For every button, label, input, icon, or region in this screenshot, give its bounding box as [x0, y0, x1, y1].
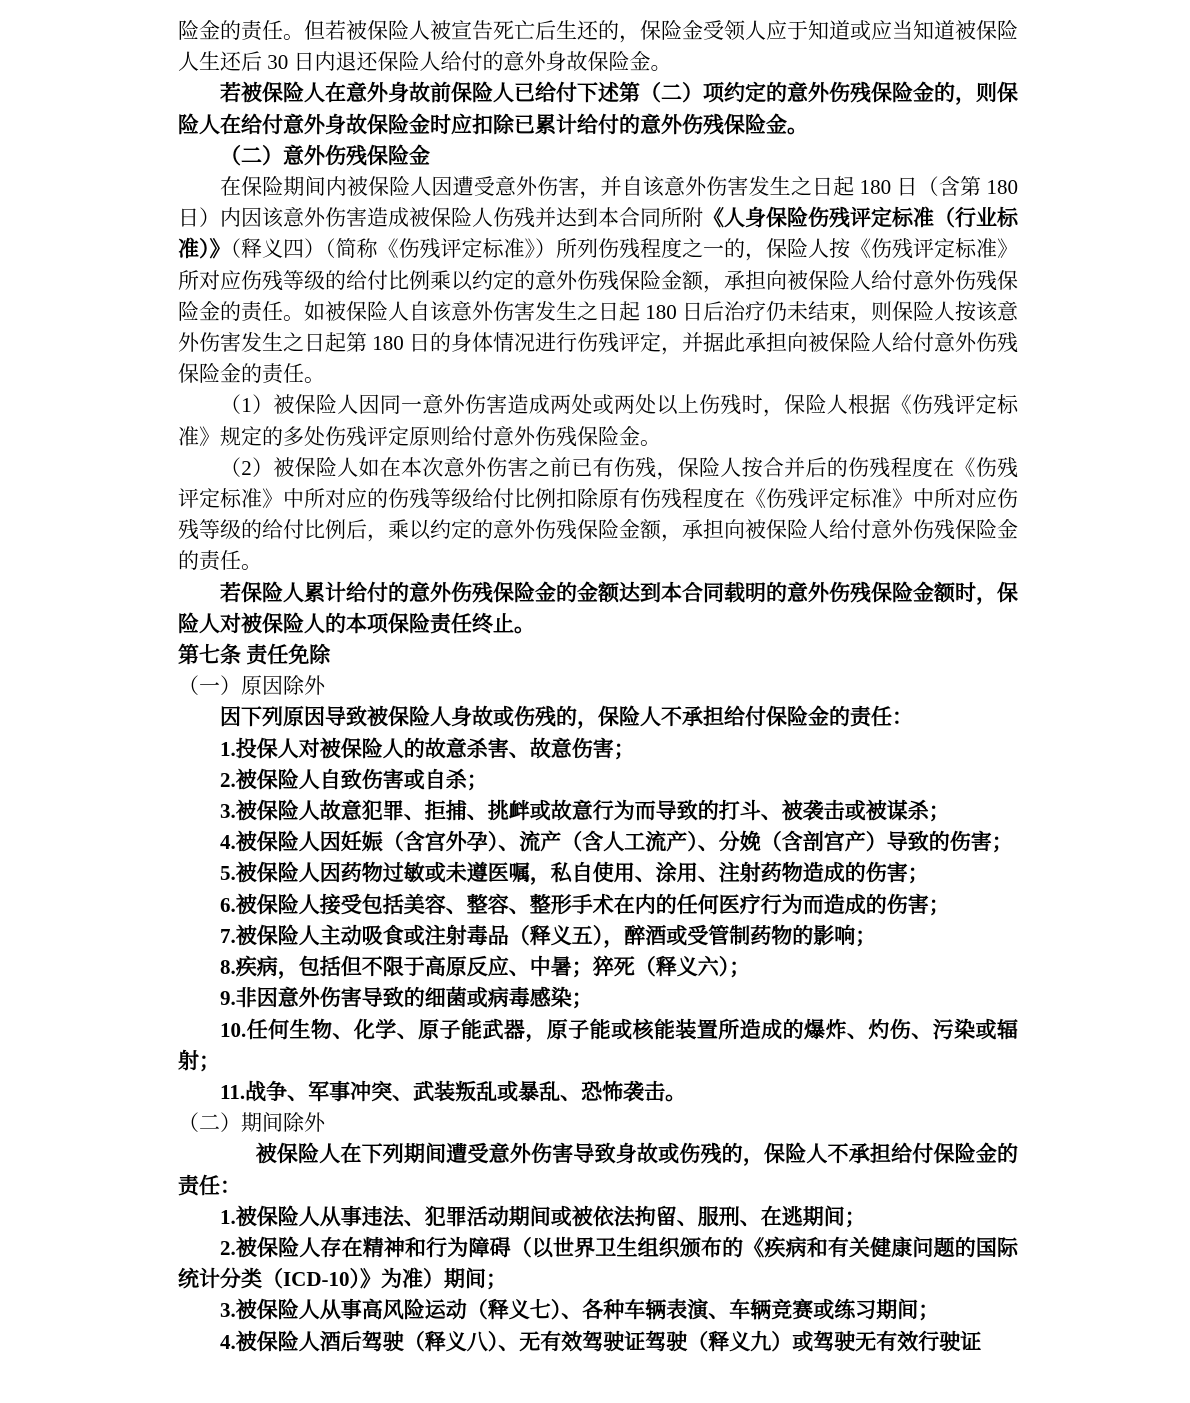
- bold-text-run: 7.被保险人主动吸食或注射毒品（释义五），醉酒或受管制药物的影响；: [220, 924, 876, 948]
- bold-text-run: 1.投保人对被保险人的故意杀害、故意伤害；: [220, 737, 635, 761]
- paragraph: 6.被保险人接受包括美容、整容、整形手术在内的任何医疗行为而造成的伤害；: [178, 890, 1018, 921]
- paragraph: 1.投保人对被保险人的故意杀害、故意伤害；: [178, 734, 1018, 765]
- bold-text-run: 3.被保险人故意犯罪、拒捕、挑衅或故意行为而导致的打斗、被袭击或被谋杀；: [220, 799, 950, 823]
- paragraph: 9.非因意外伤害导致的细菌或病毒感染；: [178, 983, 1018, 1014]
- text-run: （释义四）（简称《伤残评定标准》）所列伤残程度之一的，保险人按《伤残评定标准》所…: [178, 237, 1018, 386]
- bold-text-run: 2.被保险人自致伤害或自杀；: [220, 768, 488, 792]
- bold-text-run: 3.被保险人从事高风险运动（释义七）、各种车辆表演、车辆竞赛或练习期间；: [220, 1298, 939, 1322]
- bold-text-run: （二）意外伤残保险金: [220, 144, 430, 168]
- bold-text-run: 1.被保险人从事违法、犯罪活动期间或被依法拘留、服刑、在逃期间；: [220, 1205, 866, 1229]
- paragraph: 4.被保险人酒后驾驶（释义八）、无有效驾驶证驾驶（释义九）或驾驶无有效行驶证: [178, 1327, 1018, 1358]
- bold-text-run: 11.战争、军事冲突、武装叛乱或暴乱、恐怖袭击。: [220, 1080, 686, 1104]
- paragraph: 2.被保险人存在精神和行为障碍（以世界卫生组织颁布的《疾病和有关健康问题的国际统…: [178, 1233, 1018, 1295]
- paragraph: 若被保险人在意外身故前保险人已给付下述第（二）项约定的意外伤残保险金的，则保险人…: [178, 78, 1018, 140]
- paragraph: 在保险期间内被保险人因遭受意外伤害，并自该意外伤害发生之日起 180 日（含第 …: [178, 172, 1018, 390]
- text-run: 险金的责任。但若被保险人被宣告死亡后生还的，保险金受领人应于知道或应当知道被保险…: [178, 19, 1018, 74]
- text-run: （一）原因除外: [178, 674, 325, 698]
- bold-text-run: 6.被保险人接受包括美容、整容、整形手术在内的任何医疗行为而造成的伤害；: [220, 893, 950, 917]
- bold-text-run: 5.被保险人因药物过敏或未遵医嘱，私自使用、涂用、注射药物造成的伤害；: [220, 861, 929, 885]
- paragraph: 4.被保险人因妊娠（含宫外孕）、流产（含人工流产）、分娩（含剖宫产）导致的伤害；: [178, 827, 1018, 858]
- paragraph: 10.任何生物、化学、原子能武器，原子能或核能装置所造成的爆炸、灼伤、污染或辐射…: [178, 1015, 1018, 1077]
- paragraph: 5.被保险人因药物过敏或未遵医嘱，私自使用、涂用、注射药物造成的伤害；: [178, 858, 1018, 889]
- paragraph: 1.被保险人从事违法、犯罪活动期间或被依法拘留、服刑、在逃期间；: [178, 1202, 1018, 1233]
- paragraph: 险金的责任。但若被保险人被宣告死亡后生还的，保险金受领人应于知道或应当知道被保险…: [178, 16, 1018, 78]
- bold-text-run: 被保险人在下列期间遭受意外伤害导致身故或伤残的，保险人不承担给付保险金的责任：: [178, 1142, 1018, 1197]
- document-body: 险金的责任。但若被保险人被宣告死亡后生还的，保险金受领人应于知道或应当知道被保险…: [178, 16, 1018, 1358]
- paragraph: 11.战争、军事冲突、武装叛乱或暴乱、恐怖袭击。: [178, 1077, 1018, 1108]
- bold-text-run: 8.疾病，包括但不限于高原反应、中暑；猝死（释义六）；: [220, 955, 750, 979]
- paragraph: （二）期间除外: [178, 1108, 1018, 1139]
- bold-text-run: 4.被保险人因妊娠（含宫外孕）、流产（含人工流产）、分娩（含剖宫产）导致的伤害；: [220, 830, 1013, 854]
- bold-text-run: 2.被保险人存在精神和行为障碍（以世界卫生组织颁布的《疾病和有关健康问题的国际统…: [178, 1236, 1018, 1291]
- paragraph: 因下列原因导致被保险人身故或伤残的，保险人不承担给付保险金的责任：: [178, 702, 1018, 733]
- bold-text-run: 10.任何生物、化学、原子能武器，原子能或核能装置所造成的爆炸、灼伤、污染或辐射…: [178, 1018, 1018, 1073]
- text-run: （二）期间除外: [178, 1111, 325, 1135]
- text-run: （2）被保险人如在本次意外伤害之前已有伤残，保险人按合并后的伤残程度在《伤残评定…: [178, 456, 1018, 574]
- bold-text-run: 4.被保险人酒后驾驶（释义八）、无有效驾驶证驾驶（释义九）或驾驶无有效行驶证: [220, 1330, 981, 1354]
- document-page: 险金的责任。但若被保险人被宣告死亡后生还的，保险金受领人应于知道或应当知道被保险…: [0, 0, 1190, 1403]
- bold-text-run: 若保险人累计给付的意外伤残保险金的金额达到本合同载明的意外伤残保险金额时，保险人…: [178, 581, 1018, 636]
- paragraph: 被保险人在下列期间遭受意外伤害导致身故或伤残的，保险人不承担给付保险金的责任：: [178, 1139, 1018, 1201]
- paragraph: 3.被保险人故意犯罪、拒捕、挑衅或故意行为而导致的打斗、被袭击或被谋杀；: [178, 796, 1018, 827]
- paragraph: 7.被保险人主动吸食或注射毒品（释义五），醉酒或受管制药物的影响；: [178, 921, 1018, 952]
- paragraph: 3.被保险人从事高风险运动（释义七）、各种车辆表演、车辆竞赛或练习期间；: [178, 1295, 1018, 1326]
- paragraph: 第七条 责任免除: [178, 640, 1018, 671]
- paragraph: （一）原因除外: [178, 671, 1018, 702]
- paragraph: 8.疾病，包括但不限于高原反应、中暑；猝死（释义六）；: [178, 952, 1018, 983]
- bold-text-run: 因下列原因导致被保险人身故或伤残的，保险人不承担给付保险金的责任：: [220, 705, 913, 729]
- bold-text-run: 若被保险人在意外身故前保险人已给付下述第（二）项约定的意外伤残保险金的，则保险人…: [178, 81, 1018, 136]
- paragraph: 2.被保险人自致伤害或自杀；: [178, 765, 1018, 796]
- paragraph: （2）被保险人如在本次意外伤害之前已有伤残，保险人按合并后的伤残程度在《伤残评定…: [178, 453, 1018, 578]
- text-run: （1）被保险人因同一意外伤害造成两处或两处以上伤残时，保险人根据《伤残评定标准》…: [178, 393, 1018, 448]
- paragraph: （1）被保险人因同一意外伤害造成两处或两处以上伤残时，保险人根据《伤残评定标准》…: [178, 390, 1018, 452]
- paragraph: 若保险人累计给付的意外伤残保险金的金额达到本合同载明的意外伤残保险金额时，保险人…: [178, 578, 1018, 640]
- paragraph: （二）意外伤残保险金: [178, 141, 1018, 172]
- bold-text-run: 第七条 责任免除: [178, 643, 330, 667]
- bold-text-run: 9.非因意外伤害导致的细菌或病毒感染；: [220, 986, 593, 1010]
